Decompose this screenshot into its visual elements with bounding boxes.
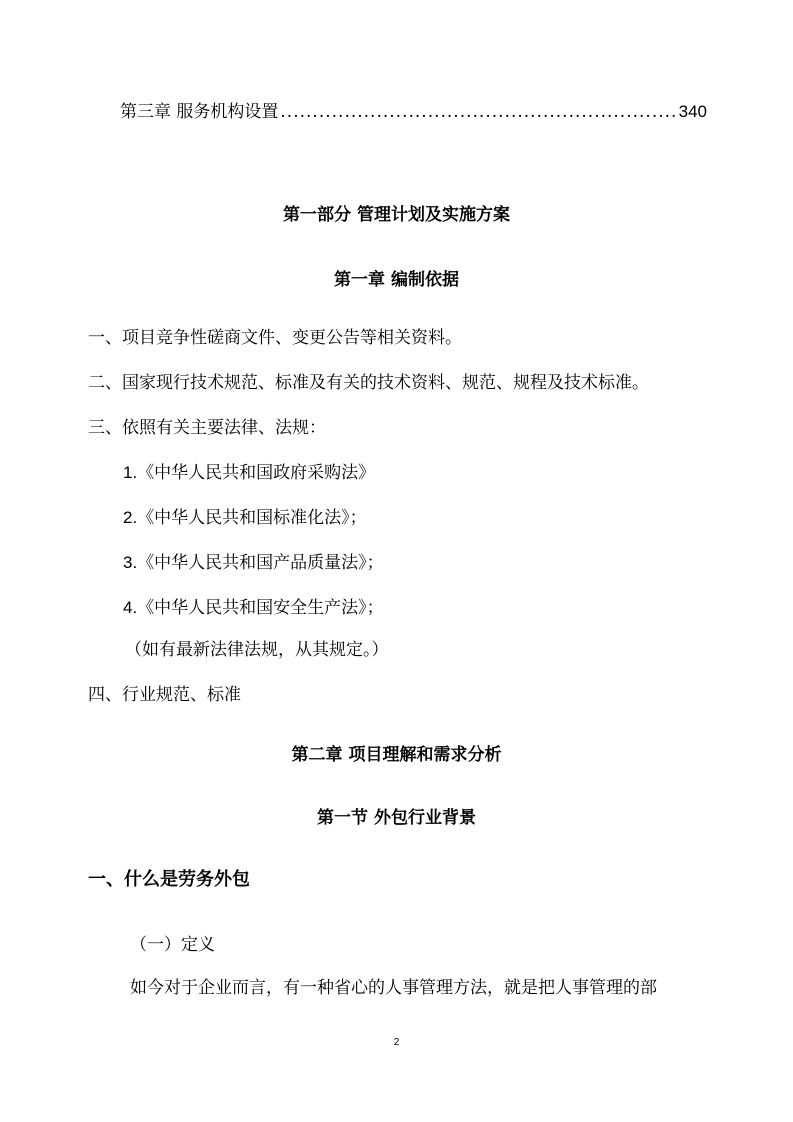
law-item-text: 《中华人民共和国政府采购法》: [137, 463, 375, 483]
law-item-number: 1.: [123, 463, 137, 482]
law-item-text: 《中华人民共和国安全生产法》；: [137, 598, 384, 618]
toc-entry-label: 第三章 服务机构设置: [120, 97, 278, 122]
law-item-number: 3.: [123, 553, 137, 572]
chapter2-title: 第二章 项目理解和需求分析: [0, 740, 793, 765]
law-item-number: 2.: [123, 508, 137, 527]
page-number: 2: [0, 1037, 793, 1048]
law-item-1: 1.《中华人民共和国政府采购法》: [123, 458, 375, 483]
chapter1-title: 第一章 编制依据: [0, 265, 793, 290]
subheading-labor-outsourcing: 一、什么是劳务外包: [88, 865, 250, 891]
body-paragraph: 如今对于企业而言，有一种省心的人事管理方法，就是把人事管理的部: [130, 973, 657, 998]
subheading-definition: （一）定义: [130, 930, 215, 955]
law-item-2: 2.《中华人民共和国标准化法》；: [123, 503, 367, 528]
law-item-text: 《中华人民共和国标准化法》；: [137, 508, 367, 528]
basis-item-4: 四、行业规范、标准: [88, 680, 241, 705]
part-title: 第一部分 管理计划及实施方案: [0, 200, 793, 225]
law-item-4: 4.《中华人民共和国安全生产法》；: [123, 593, 384, 618]
basis-item-3: 三、依照有关主要法律、法规：: [88, 413, 326, 438]
section1-title: 第一节 外包行业背景: [0, 803, 793, 828]
toc-leader-dots: [280, 102, 676, 122]
toc-entry-page: 340: [679, 102, 707, 122]
toc-entry[interactable]: 第三章 服务机构设置 340: [120, 97, 707, 122]
law-item-number: 4.: [123, 598, 137, 617]
basis-item-2: 二、国家现行技术规范、标准及有关的技术资料、规范、规程及技术标准。: [88, 368, 649, 393]
law-item-3: 3.《中华人民共和国产品质量法》；: [123, 548, 384, 573]
law-item-text: 《中华人民共和国产品质量法》；: [137, 553, 384, 573]
law-note: （如有最新法律法规，从其规定。）: [125, 635, 389, 660]
basis-item-1: 一、项目竞争性磋商文件、变更公告等相关资料。: [88, 323, 462, 348]
